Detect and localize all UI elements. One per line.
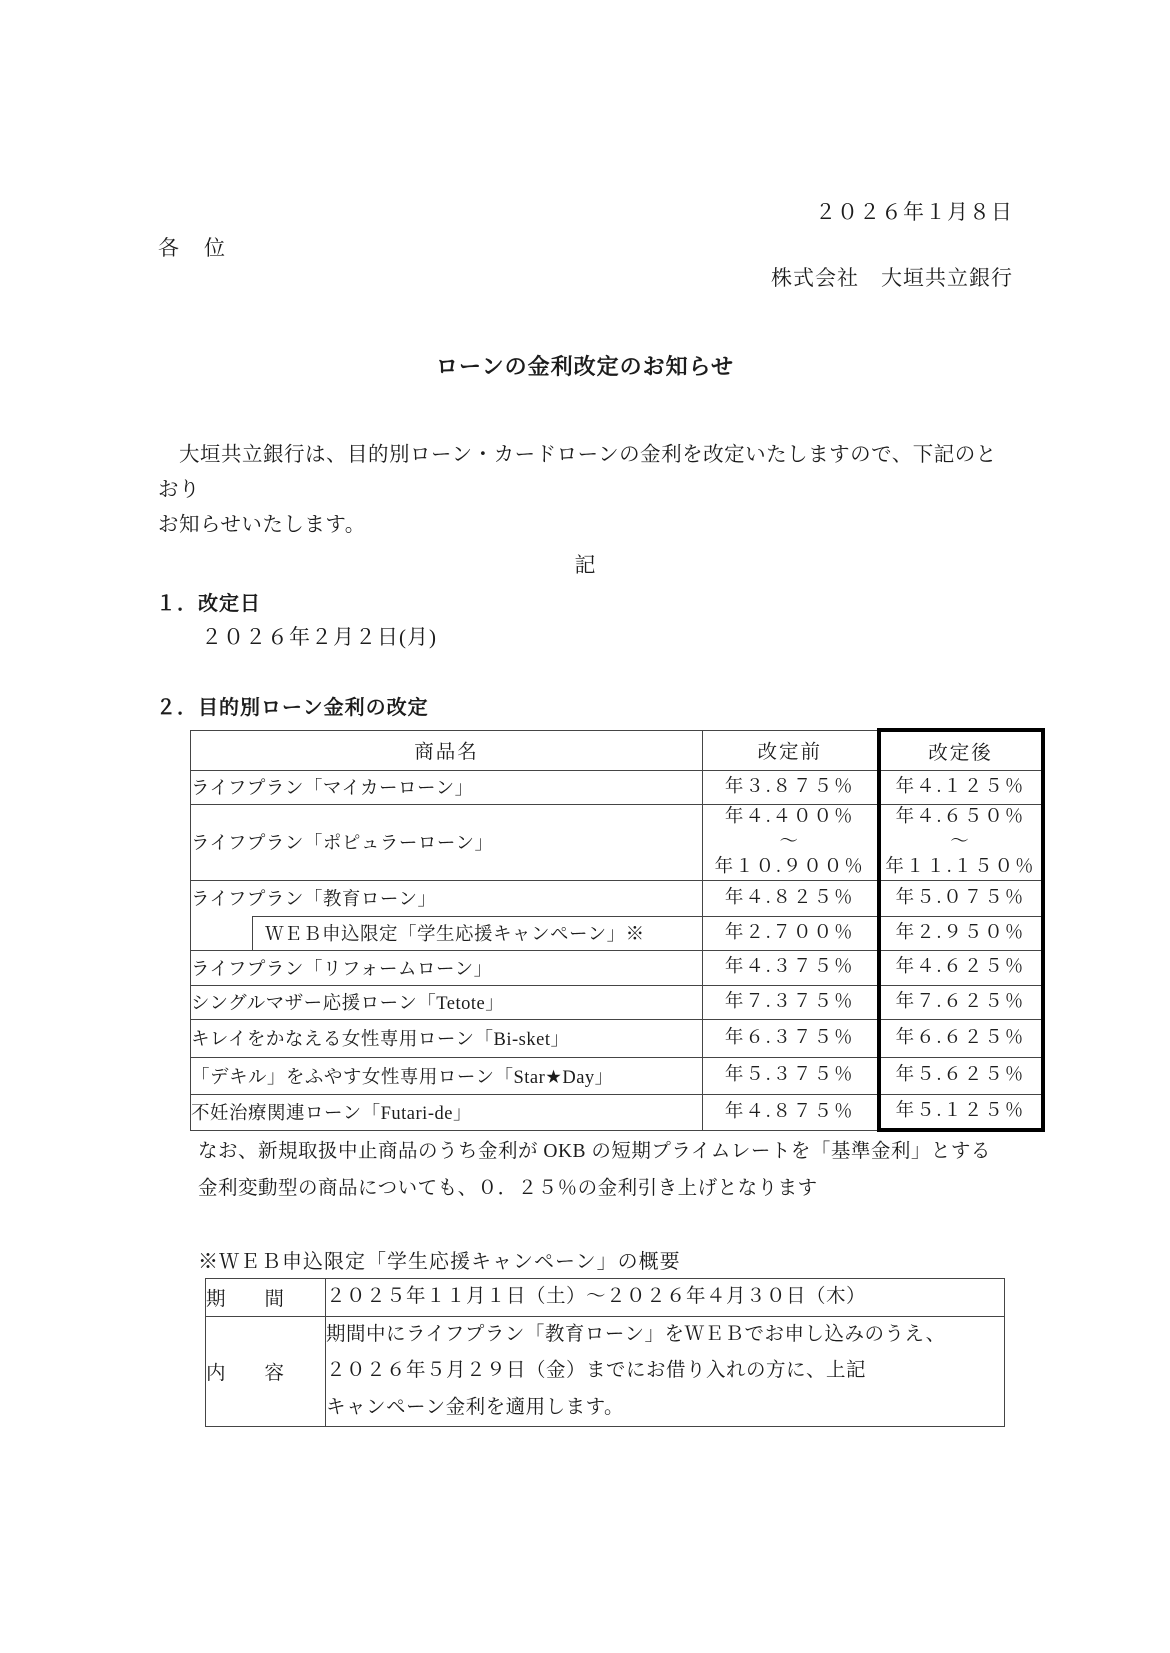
rate-before: 年４.８２５％ (703, 880, 879, 916)
product-name: ライフプラン「ポピュラーローン」 (191, 804, 703, 880)
document-page: ２０２６年１月８日 各 位 株式会社 大垣共立銀行 ローンの金利改定のお知らせ … (0, 0, 1170, 1653)
addressee: 各 位 (158, 232, 227, 262)
product-name: 不妊治療関連ローン「Futari-de」 (191, 1094, 703, 1130)
rate-before: 年７.３７５％ (703, 985, 879, 1019)
rate-before: 年３.８７５％ (703, 770, 879, 804)
campaign-detail-row: 内 容 期間中にライフプラン「教育ローン」をＷＥＢでお申し込みのうえ、 ２０２６… (206, 1316, 1005, 1427)
rate-before: 年２.７００％ (703, 916, 879, 950)
ki-marker: 記 (80, 549, 1090, 579)
product-name-sub-cell: ＷＥＢ申込限定「学生応援キャンペーン」※ (191, 916, 703, 950)
table-row: ライフプラン「リフォームローン」 年４.３７５％ 年４.６２５％ (191, 950, 1043, 985)
revision-date-value: ２０２６年２月２日(月) (201, 621, 437, 651)
rate-before: 年６.３７５％ (703, 1019, 879, 1057)
column-header-product: 商品名 (191, 730, 703, 770)
rate-after: 年５.０７５％ (879, 880, 1043, 916)
campaign-period-value: ２０２５年１１月１日（土）～２０２６年４月３０日（木） (326, 1279, 1005, 1317)
section-heading-revision-date: １．改定日 (156, 587, 261, 616)
campaign-table-container: 期 間 ２０２５年１１月１日（土）～２０２６年４月３０日（木） 内 容 期間中に… (205, 1278, 1005, 1427)
rate-after: 年５.１２５％ (879, 1094, 1043, 1130)
product-name: 「デキル」をふやす女性専用ローン「Star★Day」 (191, 1057, 703, 1094)
rate-before: 年４.４００％ ～ 年１０.９００％ (703, 804, 879, 880)
product-name: ライフプラン「教育ローン」 (191, 880, 703, 916)
rate-after: 年４.６５０％ ～ 年１１.１５０％ (879, 804, 1043, 880)
rate-table-header-row: 商品名 改定前 改定後 (191, 730, 1043, 770)
rate-after: 年２.９５０％ (879, 916, 1043, 950)
table-row: 不妊治療関連ローン「Futari-de」 年４.８７５％ 年５.１２５％ (191, 1094, 1043, 1130)
table-row: 「デキル」をふやす女性専用ローン「Star★Day」 年５.３７５％ 年５.６２… (191, 1057, 1043, 1094)
rate-after: 年４.６２５％ (879, 950, 1043, 985)
product-name: ライフプラン「リフォームローン」 (191, 950, 703, 985)
rate-before: 年４.３７５％ (703, 950, 879, 985)
page-title: ローンの金利改定のお知らせ (80, 350, 1090, 381)
product-name: キレイをかなえる女性専用ローン「Bi-sket」 (191, 1019, 703, 1057)
company-name: 株式会社 大垣共立銀行 (771, 262, 1013, 292)
document-date: ２０２６年１月８日 (815, 196, 1013, 226)
campaign-table: 期 間 ２０２５年１１月１日（土）～２０２６年４月３０日（木） 内 容 期間中に… (205, 1278, 1005, 1427)
rate-table: 商品名 改定前 改定後 ライフプラン「マイカーローン」 年３.８７５％ 年４.１… (190, 728, 1045, 1132)
product-name: ライフプラン「マイカーローン」 (191, 770, 703, 804)
rate-table-note: なお、新規取扱中止商品のうち金利が OKB の短期プライムレートを「基準金利」と… (198, 1133, 1028, 1207)
column-header-after: 改定後 (879, 730, 1043, 770)
sub-campaign-box: ＷＥＢ申込限定「学生応援キャンペーン」※ (252, 916, 702, 950)
campaign-period-row: 期 間 ２０２５年１１月１日（土）～２０２６年４月３０日（木） (206, 1279, 1005, 1317)
rate-after: 年４.１２５％ (879, 770, 1043, 804)
rate-table-container: 商品名 改定前 改定後 ライフプラン「マイカーローン」 年３.８７５％ 年４.１… (190, 728, 1045, 1132)
column-header-before: 改定前 (703, 730, 879, 770)
campaign-period-label: 期 間 (206, 1279, 326, 1317)
rate-before: 年５.３７５％ (703, 1057, 879, 1094)
rate-before: 年４.８７５％ (703, 1094, 879, 1130)
table-row: ライフプラン「教育ローン」 年４.８２５％ 年５.０７５％ (191, 880, 1043, 916)
campaign-detail-value: 期間中にライフプラン「教育ローン」をＷＥＢでお申し込みのうえ、 ２０２６年５月２… (326, 1316, 1005, 1427)
table-row-sub-campaign: ＷＥＢ申込限定「学生応援キャンペーン」※ 年２.７００％ 年２.９５０％ (191, 916, 1043, 950)
intro-paragraph: 大垣共立銀行は、目的別ローン・カードローンの金利を改定いたしますので、下記のとお… (158, 438, 1016, 543)
product-name: シングルマザー応援ローン「Tetote」 (191, 985, 703, 1019)
table-row: ライフプラン「ポピュラーローン」 年４.４００％ ～ 年１０.９００％ 年４.６… (191, 804, 1043, 880)
campaign-detail-label: 内 容 (206, 1316, 326, 1427)
rate-after: 年７.６２５％ (879, 985, 1043, 1019)
section-heading-rate-table: ２．目的別ローン金利の改定 (156, 691, 429, 720)
table-row: シングルマザー応援ローン「Tetote」 年７.３７５％ 年７.６２５％ (191, 985, 1043, 1019)
table-row: キレイをかなえる女性専用ローン「Bi-sket」 年６.３７５％ 年６.６２５％ (191, 1019, 1043, 1057)
table-row: ライフプラン「マイカーローン」 年３.８７５％ 年４.１２５％ (191, 770, 1043, 804)
campaign-heading: ※ＷＥＢ申込限定「学生応援キャンペーン」の概要 (198, 1245, 681, 1274)
rate-after: 年５.６２５％ (879, 1057, 1043, 1094)
rate-after: 年６.６２５％ (879, 1019, 1043, 1057)
